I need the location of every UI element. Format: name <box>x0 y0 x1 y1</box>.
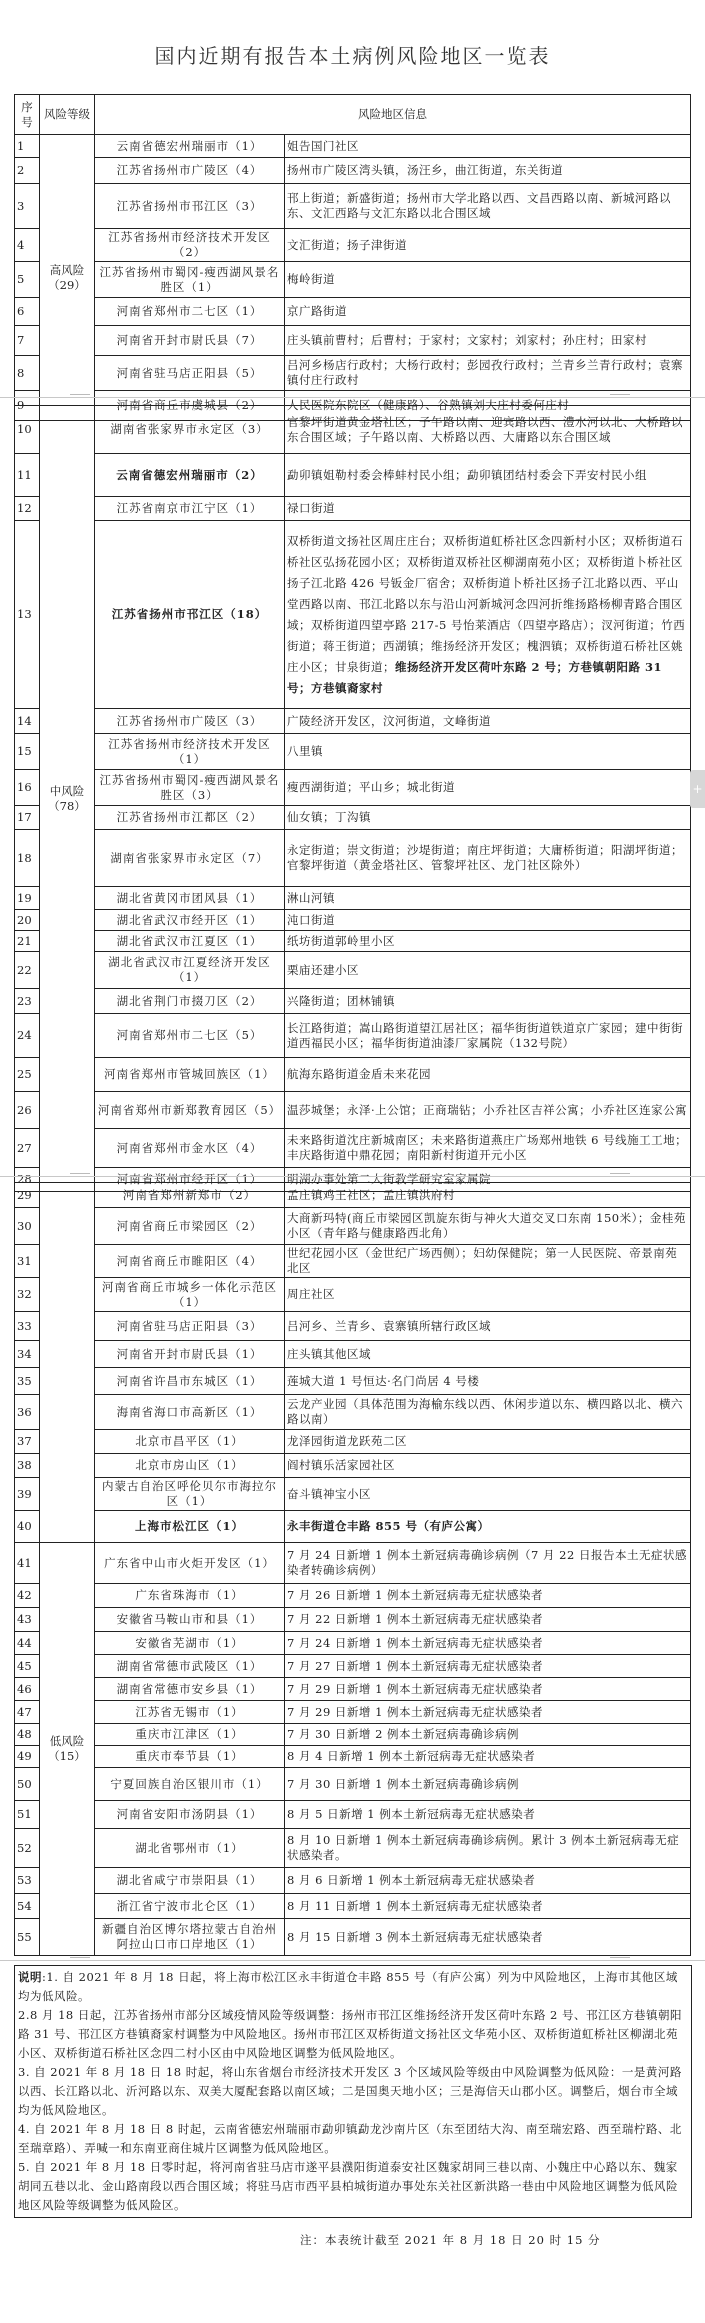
table-header-row: 序号 风险等级 风险地区信息 <box>15 95 691 135</box>
page-break <box>0 1957 705 1965</box>
table-row: 40上海市松江区（1）永丰街道仓丰路 855 号（有庐公寓） <box>15 1511 691 1543</box>
expand-side-button[interactable]: + <box>690 770 705 808</box>
note-2: 2.8 月 18 日起，江苏省扬州市部分区域疫情风险等级调整：扬州市邗江区维扬经… <box>18 2006 688 2063</box>
table-row: 38北京市房山区（1）阎村镇乐活家园社区 <box>15 1454 691 1478</box>
level-medium: 中风险（78） <box>40 406 95 1192</box>
table-row: 20湖北省武汉市经开区（1）沌口街道 <box>15 910 691 931</box>
note-1: 说明:1. 自 2021 年 8 月 18 日起，将上海市松江区永丰街道仓丰路 … <box>18 1968 688 2006</box>
table-row: 36海南省海口市高新区（1）云龙产业园（具体范围为海榆东线以西、休闲步道以东、横… <box>15 1395 691 1430</box>
table-row: 30河南省商丘市梁园区（2）大商新玛特(商丘市梁园区凯旋东街与神火大道交叉口东南… <box>15 1208 691 1245</box>
table-row: 34河南省开封市尉氏县（1）庄头镇其他区域 <box>15 1341 691 1368</box>
table-row: 29 河南省郑州新郑市（2） 孟庄镇鸡王社区；孟庄镇洪府村 <box>15 1183 691 1208</box>
plus-icon: + <box>692 782 702 796</box>
table-row: 33河南省驻马店正阳县（3）吕河乡、兰青乡、袁寨镇所辖行政区域 <box>15 1312 691 1341</box>
table-row: 51河南省安阳市汤阴县（1）8 月 5 日新增 1 例本土新冠病毒无症状感染者 <box>15 1801 691 1829</box>
header-info: 风险地区信息 <box>95 95 691 135</box>
level-medium-cont <box>40 1183 95 1543</box>
table-row: 22湖北省武汉市江夏经济开发区（1）栗庙还建小区 <box>15 952 691 989</box>
table-row: 45湖南省常德市武陵区（1）7 月 27 日新增 1 例本土新冠病毒无症状感染者 <box>15 1655 691 1678</box>
page-break <box>0 394 705 402</box>
table-row: 26河南省郑州市新郑教育园区（5）温莎城堡；永泽·上公馆；正商瑞钻；小乔社区吉祥… <box>15 1092 691 1129</box>
table-row: 12江苏省南京市江宁区（1）禄口街道 <box>15 497 691 521</box>
table-row: 47江苏省无锡市（1）7 月 29 日新增 1 例本土新冠病毒无症状感染者 <box>15 1701 691 1724</box>
table-row: 43安徽省马鞍山市和县（1）7 月 22 日新增 1 例本土新冠病毒无症状感染者 <box>15 1608 691 1632</box>
level-low: 低风险（15） <box>40 1543 95 1956</box>
table-row: 7河南省开封市尉氏县（7）庄头镇前曹村；后曹村；于家村；文家村；刘家村；孙庄村；… <box>15 326 691 356</box>
table-row: 44安徽省芜湖市（1）7 月 24 日新增 1 例本土新冠病毒无症状感染者 <box>15 1632 691 1655</box>
table-row: 15江苏省扬州市经济技术开发区（1）八里镇 <box>15 734 691 770</box>
table-row: 13江苏省扬州市邗江区（18）双桥街道文扬社区周庄庄台；双桥街道虹桥社区念四新村… <box>15 521 691 709</box>
table-row: 5江苏省扬州市蜀冈-瘦西湖风景名胜区（1）梅岭街道 <box>15 262 691 298</box>
note-4: 4. 自 2021 年 8 月 18 日 8 时起，云南省德宏州瑞丽市勐卯镇勐龙… <box>18 2120 688 2158</box>
table-row: 8河南省驻马店正阳县（5）吕河乡杨店行政村；大杨行政村；彭园孜行政村；兰青乡兰青… <box>15 356 691 391</box>
table-row: 46湖南省常德市安乡县（1）7 月 29 日新增 1 例本土新冠病毒无症状感染者 <box>15 1678 691 1701</box>
table-row: 32河南省商丘市城乡一体化示范区（1）周庄社区 <box>15 1278 691 1312</box>
table-row: 50宁夏回族自治区银川市（1）7 月 30 日新增 1 例本土新冠病毒确诊病例 <box>15 1768 691 1801</box>
table-row: 41 低风险（15） 广东省中山市火炬开发区（1） 7 月 24 日新增 1 例… <box>15 1543 691 1584</box>
page-title: 国内近期有报告本土病例风险地区一览表 <box>0 40 705 69</box>
table-row: 17江苏省扬州市江都区（2）仙女镇；丁沟镇 <box>15 806 691 830</box>
table-row: 55新疆自治区博尔塔拉蒙古自治州阿拉山口市口岸地区（1）8 月 15 日新增 3… <box>15 1919 691 1956</box>
table-row: 3江苏省扬州市邗江区（3）邗上街道；新盛街道；扬州市大学北路以西、文昌西路以南、… <box>15 184 691 229</box>
table-row: 53湖北省咸宁市崇阳县（1）8 月 6 日新增 1 例本土新冠病毒无症状感染者 <box>15 1868 691 1894</box>
table-row: 14江苏省扬州市广陵区（3）广陵经济开发区，汶河街道，文峰街道 <box>15 709 691 734</box>
table-row: 27河南省郑州市金水区（4）未来路街道沈庄新城南区；未来路街道燕庄广场郑州地铁 … <box>15 1129 691 1168</box>
table-row: 37北京市昌平区（1）龙泽园街道龙跃苑二区 <box>15 1430 691 1454</box>
note-3: 3. 自 2021 年 8 月 18 日 18 时起，将山东省烟台市经济技术开发… <box>18 2063 688 2120</box>
notes-box: 说明:1. 自 2021 年 8 月 18 日起，将上海市松江区永丰街道仓丰路 … <box>14 1965 692 2218</box>
table-row: 1 高风险（29） 云南省德宏州瑞丽市（1） 姐告国门社区 <box>15 135 691 158</box>
note-5: 5. 自 2021 年 8 月 18 日零时起，将河南省驻马店市遂平县濮阳街道泰… <box>18 2158 688 2215</box>
table-row: 31河南省商丘市睢阳区（4）世纪花园小区（金世纪广场西侧）；妇幼保健院；第一人民… <box>15 1245 691 1278</box>
table-row: 21湖北省武汉市江夏区（1）纸坊街道郭岭里小区 <box>15 931 691 952</box>
table-row: 49重庆市奉节县（1）8 月 4 日新增 1 例本土新冠病毒无症状感染者 <box>15 1746 691 1768</box>
table-row: 11云南省德宏州瑞丽市（2）勐卯镇姐勒村委会棒蚌村民小组；勐卯镇团结村委会下弄安… <box>15 454 691 497</box>
risk-table-page-2: 10 中风险（78） 湖南省张家界市永定区（3） 官黎坪街道黄金塔社区；子午路以… <box>14 405 691 1192</box>
table-row: 16江苏省扬州市蜀冈-瘦西湖风景名胜区（3）瘦西湖街道；平山乡；城北街道 <box>15 770 691 806</box>
level-high: 高风险（29） <box>40 135 95 421</box>
notes-label: 说明 <box>18 1970 42 1984</box>
table-row: 25河南省郑州市管城回族区（1）航海东路街道金盾未来花园 <box>15 1058 691 1092</box>
table-row: 19湖北省黄冈市团风县（1）淋山河镇 <box>15 887 691 910</box>
table-row: 24河南省郑州市二七区（5）长江路街道；嵩山路街道望江居社区；福华街街道铁道京广… <box>15 1014 691 1058</box>
risk-table-page-3: 29 河南省郑州新郑市（2） 孟庄镇鸡王社区；孟庄镇洪府村 30河南省商丘市梁园… <box>14 1182 691 1956</box>
header-level: 风险等级 <box>40 95 95 135</box>
table-row: 52湖北省鄂州市（1）8 月 10 日新增 1 例本土新冠病毒确诊病例。累计 3… <box>15 1829 691 1868</box>
table-row: 18湖南省张家界市永定区（7）永定街道；崇文街道；沙堤街道；南庄坪街道；大庸桥街… <box>15 830 691 887</box>
table-row: 42广东省珠海市（1）7 月 26 日新增 1 例本土新冠病毒无症状感染者 <box>15 1584 691 1608</box>
header-no: 序号 <box>15 95 40 135</box>
page-break <box>0 1173 705 1181</box>
table-row: 35河南省许昌市东城区（1）莲城大道 1 号恒达·名门尚居 4 号楼 <box>15 1368 691 1395</box>
table-row: 6河南省郑州市二七区（1）京广路街道 <box>15 298 691 326</box>
risk-table-page-1: 序号 风险等级 风险地区信息 1 高风险（29） 云南省德宏州瑞丽市（1） 姐告… <box>14 94 691 421</box>
table-row: 48重庆市江津区（1）7 月 30 日新增 2 例本土新冠病毒确诊病例 <box>15 1724 691 1746</box>
table-row: 39内蒙古自治区呼伦贝尔市海拉尔区（1）奋斗镇神宝小区 <box>15 1478 691 1511</box>
table-row: 54浙江省宁波市北仑区（1）8 月 11 日新增 1 例本土新冠病毒无症状感染者 <box>15 1894 691 1919</box>
table-row: 4江苏省扬州市经济技术开发区（2）文汇街道；扬子津街道 <box>15 229 691 262</box>
statistics-footnote: 注：本表统计截至 2021 年 8 月 18 日 20 时 15 分 <box>300 2232 601 2248</box>
table-row: 23湖北省荆门市掇刀区（2）兴隆街道；团林铺镇 <box>15 989 691 1014</box>
table-row: 2江苏省扬州市广陵区（4）扬州市广陵区湾头镇，汤汪乡，曲江街道，东关街道 <box>15 158 691 184</box>
table-row: 10 中风险（78） 湖南省张家界市永定区（3） 官黎坪街道黄金塔社区；子午路以… <box>15 406 691 454</box>
